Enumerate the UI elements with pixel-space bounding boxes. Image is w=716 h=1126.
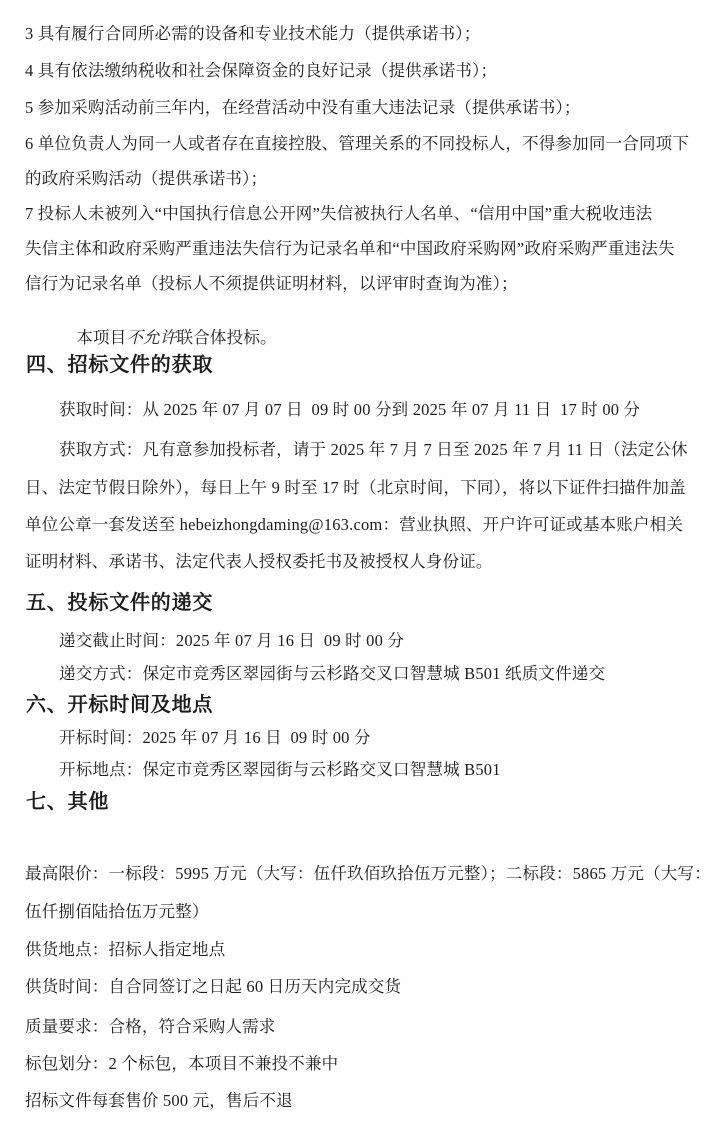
no-consortium-emphasis: 不允许 — [126, 328, 176, 347]
qualification-item-7-line2: 失信主体和政府采购严重违法失信行为记录名单和“中国政府采购网”政府采购严重违法失 — [25, 240, 675, 259]
section4-obtain-method-line4: 证明材料、承诺书、法定代表人授权委托书及被授权人身份证。 — [25, 553, 493, 572]
section7-delivery-place: 供货地点：招标人指定地点 — [25, 941, 225, 960]
qualification-item-7-line1: 7 投标人未被列入“中国执行信息公开网”失信被执行人名单、“信用中国”重大税收违… — [25, 205, 652, 224]
no-consortium-pre: 本项目 — [76, 328, 126, 347]
section5-heading: 五、投标文件的递交 — [26, 592, 213, 615]
section7-price-limit-line2: 伍仟捌佰陆拾伍万元整） — [25, 903, 209, 922]
section4-obtain-method-line2: 日、法定节假日除外），每日上午 9 时至 17 时（北京时间，下同），将以下证件… — [25, 479, 686, 498]
section6-opening-place: 开标地点：保定市竞秀区翠园街与云杉路交叉口智慧城 B501 — [59, 761, 501, 780]
section4-obtain-time: 获取时间：从 2025 年 07 月 07 日 09 时 00 分到 2025 … — [59, 401, 640, 420]
section7-delivery-time: 供货时间：自合同签订之日起 60 日历天内完成交货 — [25, 978, 401, 997]
qualification-item-6-line1: 6 单位负责人为同一人或者存在直接控股、管理关系的不同投标人，不得参加同一合同项… — [25, 135, 689, 154]
section7-document-price: 招标文件每套售价 500 元，售后不退 — [25, 1092, 293, 1111]
section5-deadline: 递交截止时间：2025 年 07 月 16 日 09 时 00 分 — [59, 632, 404, 651]
section6-heading: 六、开标时间及地点 — [26, 694, 213, 717]
section4-heading: 四、招标文件的获取 — [26, 354, 213, 377]
section7-lot-division: 标包划分：2 个标包，本项目不兼投不兼中 — [25, 1055, 338, 1074]
section7-heading: 七、其他 — [26, 791, 109, 814]
qualification-item-6-line2: 的政府采购活动（提供承诺书）； — [25, 170, 267, 189]
no-consortium-post: 联合体投标。 — [177, 328, 277, 347]
document-page: 3 具有履行合同所必需的设备和专业技术能力（提供承诺书）； 4 具有依法缴纳税收… — [0, 0, 716, 1126]
qualification-item-3: 3 具有履行合同所必需的设备和专业技术能力（提供承诺书）； — [25, 25, 480, 44]
qualification-item-4: 4 具有依法缴纳税收和社会保障资金的良好记录（提供承诺书）； — [25, 62, 497, 81]
section4-obtain-method-line3: 单位公章一套发送至 hebeizhongdaming@163.com：营业执照、… — [25, 516, 683, 535]
section4-obtain-method-line1: 获取方式：凡有意参加投标者，请于 2025 年 7 月 7 日至 2025 年 … — [59, 441, 688, 460]
section7-price-limit-line1: 最高限价：一标段：5995 万元（大写：伍仟玖佰玖拾伍万元整）；二标段：5865… — [25, 865, 711, 884]
section7-quality-requirement: 质量要求：合格，符合采购人需求 — [25, 1018, 276, 1037]
qualification-item-7-line3: 信行为记录名单（投标人不须提供证明材料，以评审时查询为准）； — [25, 275, 518, 294]
qualification-item-5: 5 参加采购活动前三年内，在经营活动中没有重大违法记录（提供承诺书）； — [25, 99, 581, 118]
section6-opening-time: 开标时间：2025 年 07 月 16 日 09 时 00 分 — [59, 729, 371, 748]
section5-submission-method: 递交方式：保定市竞秀区翠园街与云杉路交叉口智慧城 B501 纸质文件递交 — [59, 665, 605, 684]
